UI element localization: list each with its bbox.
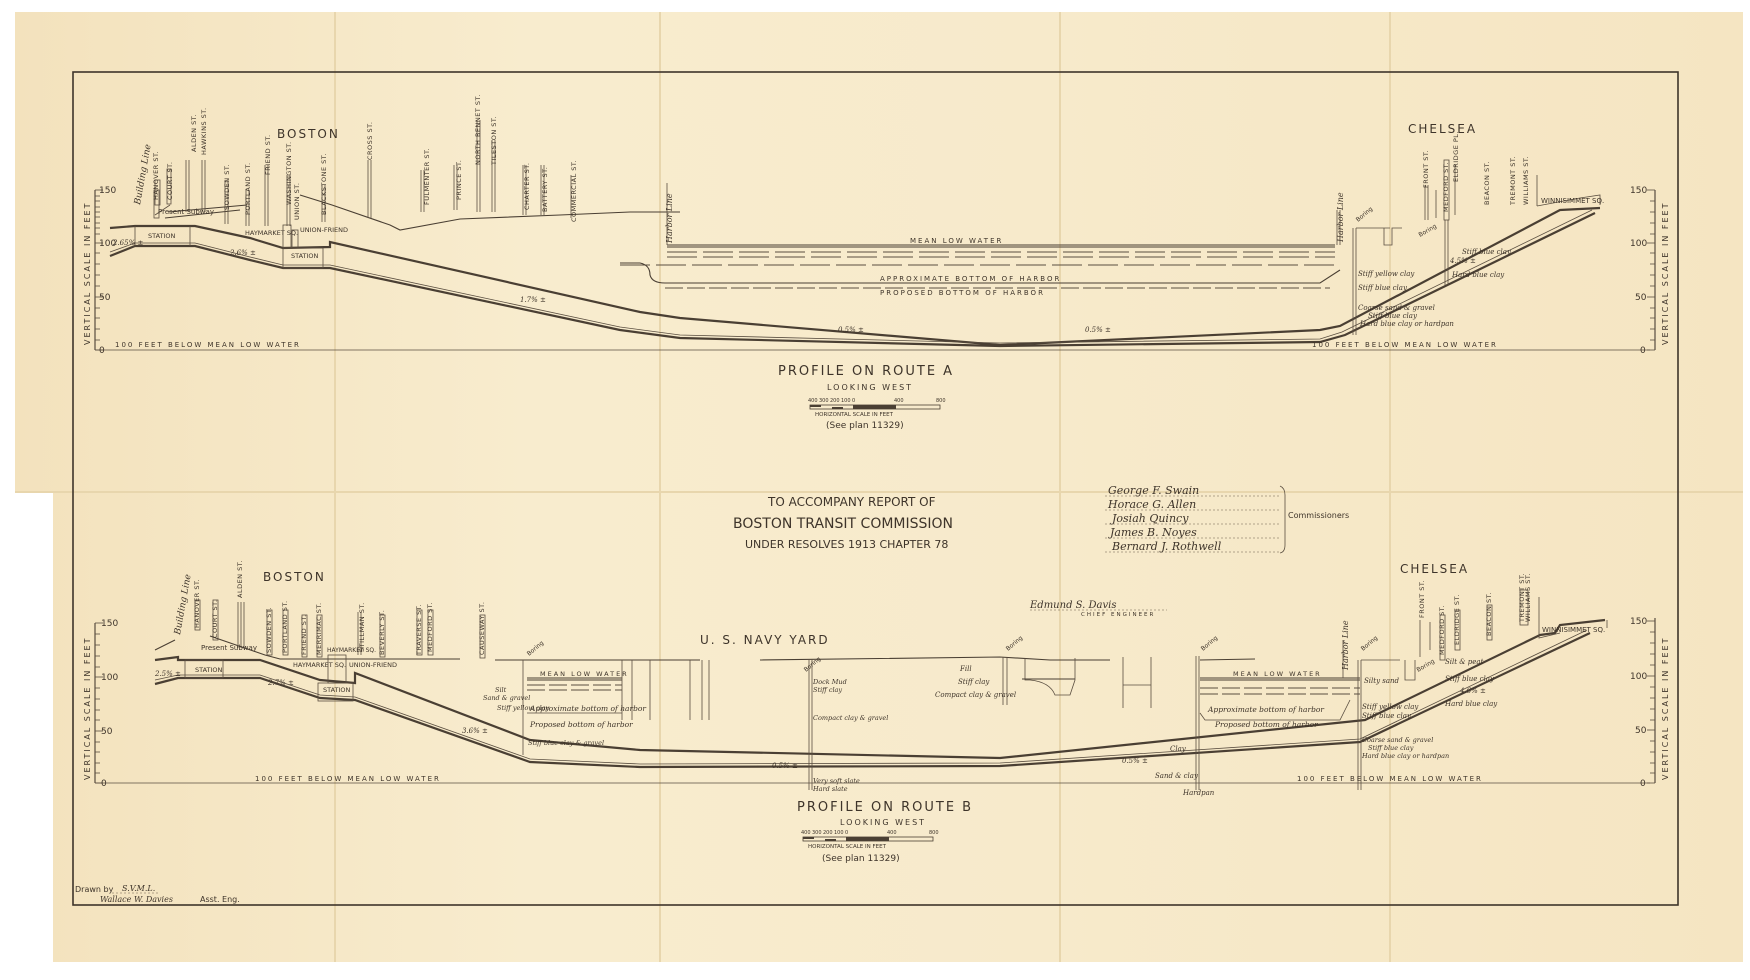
- svg-text:Stiff clay: Stiff clay: [958, 678, 990, 686]
- profile-b-title: PROFILE ON ROUTE B: [797, 800, 973, 815]
- proposed-bottom-label: PROPOSED BOTTOM OF HARBOR: [880, 289, 1045, 297]
- svg-text:FRIEND ST.: FRIEND ST.: [300, 614, 308, 655]
- svg-text:FRONT ST.: FRONT ST.: [1422, 150, 1430, 188]
- svg-text:Stiff blue clay & gravel: Stiff blue clay & gravel: [528, 739, 604, 747]
- svg-text:VERTICAL SCALE IN FEET: VERTICAL SCALE IN FEET: [1661, 637, 1670, 780]
- svg-text:COURT ST.: COURT ST.: [211, 600, 219, 638]
- svg-text:MEAN LOW WATER: MEAN LOW WATER: [540, 670, 629, 678]
- navy-yard-label: U. S. NAVY YARD: [700, 633, 830, 647]
- svg-text:FRIEND ST.: FRIEND ST.: [264, 134, 272, 175]
- tick-150: 150: [99, 186, 116, 196]
- svg-text:Stiff clay: Stiff clay: [813, 686, 842, 694]
- svg-text:1.7% ±: 1.7% ±: [520, 296, 546, 304]
- svg-text:200: 200: [823, 830, 833, 836]
- svg-text:FRONT ST.: FRONT ST.: [1418, 580, 1426, 618]
- station-label-1: STATION: [148, 232, 176, 240]
- svg-text:MERRIMAC ST.: MERRIMAC ST.: [315, 602, 323, 655]
- svg-text:Silt & peat: Silt & peat: [1445, 658, 1484, 666]
- svg-text:Hard slate: Hard slate: [812, 785, 848, 793]
- svg-text:FULMENTER ST.: FULMENTER ST.: [423, 148, 431, 205]
- svg-text:Dock Mud: Dock Mud: [812, 678, 847, 686]
- title-line-3: UNDER RESOLVES 1913 CHAPTER 78: [745, 538, 948, 551]
- svg-text:James B. Noyes: James B. Noyes: [1108, 526, 1197, 539]
- svg-text:HAYMARKET SQ.: HAYMARKET SQ.: [293, 661, 346, 669]
- svg-text:Hard blue clay: Hard blue clay: [1444, 700, 1498, 708]
- svg-text:800: 800: [929, 830, 939, 836]
- transit-profile-sheet: 150 100 50 0 VERTICAL SCALE IN FEET 150 …: [0, 0, 1750, 980]
- svg-text:200: 200: [830, 398, 840, 404]
- approx-bottom-label: APPROXIMATE BOTTOM OF HARBOR: [880, 275, 1061, 283]
- svg-text:Stiff yellow clay: Stiff yellow clay: [1362, 703, 1419, 711]
- svg-text:Proposed bottom of harbor: Proposed bottom of harbor: [1214, 720, 1318, 729]
- svg-text:Compact clay & gravel: Compact clay & gravel: [935, 691, 1016, 699]
- svg-text:Stiff blue clay: Stiff blue clay: [1445, 675, 1495, 683]
- svg-text:2.7% ±: 2.7% ±: [267, 679, 294, 687]
- svg-text:WILLIAMS ST.: WILLIAMS ST.: [1522, 156, 1530, 205]
- svg-text:Hard blue clay or hardpan: Hard blue clay or hardpan: [1361, 752, 1449, 760]
- svg-text:Present Subway: Present Subway: [201, 644, 257, 652]
- svg-text:2.65% ±: 2.65% ±: [112, 239, 143, 247]
- svg-text:Harbor Line: Harbor Line: [665, 193, 674, 244]
- title-line-1: TO ACCOMPANY REPORT OF: [767, 495, 936, 509]
- svg-text:0: 0: [101, 779, 107, 789]
- svg-text:Wallace W. Davies: Wallace W. Davies: [100, 895, 173, 904]
- svg-text:Stiff blue clay: Stiff blue clay: [1362, 712, 1412, 720]
- svg-text:100: 100: [834, 830, 844, 836]
- svg-text:UNION-FRIEND: UNION-FRIEND: [349, 661, 397, 669]
- svg-text:0: 0: [1640, 779, 1646, 789]
- city-label-chelsea-b: CHELSEA: [1400, 562, 1469, 576]
- svg-text:PORTLAND ST.: PORTLAND ST.: [281, 600, 289, 653]
- svg-text:Stiff blue clay: Stiff blue clay: [1358, 284, 1408, 292]
- vertical-axis-label-right: VERTICAL SCALE IN FEET: [1661, 202, 1670, 345]
- svg-text:CROSS ST.: CROSS ST.: [366, 122, 374, 160]
- svg-text:Approximate bottom of harbor: Approximate bottom of harbor: [1207, 705, 1324, 714]
- svg-text:COURT ST.: COURT ST.: [166, 162, 174, 200]
- svg-text:WINNISIMMET SQ.: WINNISIMMET SQ.: [1542, 626, 1605, 634]
- svg-text:150: 150: [1630, 617, 1647, 627]
- tick-50-right: 50: [1635, 293, 1647, 303]
- svg-text:3.6% ±: 3.6% ±: [462, 727, 488, 735]
- city-label-boston-b: BOSTON: [263, 570, 326, 584]
- svg-text:LOOKING WEST: LOOKING WEST: [840, 818, 926, 827]
- svg-text:CHIEF ENGINEER: CHIEF ENGINEER: [1081, 612, 1155, 618]
- svg-text:Hard blue clay or hardpan: Hard blue clay or hardpan: [1359, 320, 1454, 328]
- svg-text:100: 100: [1630, 672, 1647, 682]
- svg-text:ALDEN ST.: ALDEN ST.: [236, 560, 244, 598]
- svg-text:HANOVER ST.: HANOVER ST.: [152, 151, 160, 200]
- svg-text:BEACON ST.: BEACON ST.: [1483, 161, 1491, 205]
- svg-text:MEAN LOW WATER: MEAN LOW WATER: [1233, 670, 1322, 678]
- svg-text:ELDRIDGE ST.: ELDRIDGE ST.: [1453, 594, 1461, 645]
- svg-text:STILLMAN ST.: STILLMAN ST.: [358, 602, 366, 652]
- svg-text:150: 150: [101, 619, 118, 629]
- svg-text:0: 0: [845, 830, 848, 836]
- svg-text:CHARTER ST.: CHARTER ST.: [523, 163, 531, 210]
- tick-0: 0: [99, 346, 105, 356]
- svg-text:Clay: Clay: [1170, 745, 1187, 753]
- svg-text:BLACKSTONE ST.: BLACKSTONE ST.: [320, 153, 328, 215]
- svg-text:SOWDEN ST.: SOWDEN ST.: [223, 164, 231, 210]
- svg-text:0: 0: [852, 398, 855, 404]
- svg-text:0.5% ±: 0.5% ±: [1085, 326, 1111, 334]
- datum-label-right: 100 FEET BELOW MEAN LOW WATER: [1312, 341, 1498, 349]
- svg-text:HORIZONTAL SCALE IN FEET: HORIZONTAL SCALE IN FEET: [815, 412, 894, 418]
- svg-text:2.6% ±: 2.6% ±: [229, 249, 256, 257]
- svg-text:George F. Swain: George F. Swain: [1108, 484, 1199, 497]
- svg-text:Edmund S. Davis: Edmund S. Davis: [1029, 600, 1116, 611]
- svg-text:MEDFORD ST.: MEDFORD ST.: [1438, 605, 1446, 655]
- svg-text:Stiff yellow clay: Stiff yellow clay: [497, 704, 550, 712]
- svg-text:TREMONT ST.: TREMONT ST.: [1509, 156, 1517, 206]
- svg-text:Josiah Quincy: Josiah Quincy: [1110, 512, 1189, 525]
- see-plan-b: (See plan 11329): [822, 854, 900, 864]
- see-plan-a: (See plan 11329): [826, 421, 904, 431]
- svg-text:PRINCE ST.: PRINCE ST.: [455, 160, 463, 200]
- svg-text:HORIZONTAL SCALE IN FEET: HORIZONTAL SCALE IN FEET: [808, 844, 887, 850]
- svg-text:S.V.M.L.: S.V.M.L.: [122, 884, 155, 893]
- svg-text:Horace G. Allen: Horace G. Allen: [1107, 498, 1196, 511]
- svg-text:4.5% ±: 4.5% ±: [1449, 257, 1476, 265]
- svg-text:Fill: Fill: [959, 665, 972, 673]
- svg-text:HANOVER ST.: HANOVER ST.: [193, 579, 201, 628]
- union-friend-label: UNION-FRIEND: [300, 226, 348, 234]
- svg-text:50: 50: [101, 727, 113, 737]
- svg-text:Very soft slate: Very soft slate: [813, 777, 860, 785]
- svg-text:Hard blue clay: Hard blue clay: [1451, 271, 1505, 279]
- svg-text:Stiff blue clay: Stiff blue clay: [1462, 248, 1512, 256]
- svg-text:Sand & gravel: Sand & gravel: [483, 694, 530, 702]
- tick-0-right: 0: [1640, 346, 1646, 356]
- svg-text:TRAVERSE ST.: TRAVERSE ST.: [415, 604, 423, 656]
- svg-text:CAUSEWAY ST.: CAUSEWAY ST.: [478, 602, 486, 655]
- svg-text:Coarse sand & gravel: Coarse sand & gravel: [1362, 736, 1433, 744]
- svg-text:HAYMARKET SQ.: HAYMARKET SQ.: [327, 647, 376, 654]
- svg-text:Compact clay & gravel: Compact clay & gravel: [813, 714, 888, 722]
- svg-text:Asst. Eng.: Asst. Eng.: [200, 895, 240, 904]
- svg-text:ALDEN ST.: ALDEN ST.: [190, 114, 198, 152]
- svg-text:400: 400: [801, 830, 811, 836]
- svg-text:WASHINGTON ST.: WASHINGTON ST.: [285, 141, 293, 205]
- svg-text:BATTERY ST.: BATTERY ST.: [541, 167, 549, 212]
- svg-text:STATION: STATION: [195, 666, 223, 674]
- svg-text:Hardpan: Hardpan: [1182, 789, 1215, 797]
- station-label-2: STATION: [291, 252, 319, 260]
- svg-text:4.6% ±: 4.6% ±: [1459, 687, 1486, 695]
- svg-text:0.5% ±: 0.5% ±: [1122, 757, 1148, 765]
- datum-label-left: 100 FEET BELOW MEAN LOW WATER: [115, 341, 301, 349]
- commissioners-label: Commissioners: [1288, 511, 1349, 520]
- svg-text:UNION ST.: UNION ST.: [293, 183, 301, 220]
- svg-text:TILESTON ST.: TILESTON ST.: [490, 116, 498, 166]
- svg-text:50: 50: [1635, 726, 1647, 736]
- svg-text:BEACON ST.: BEACON ST.: [1485, 592, 1493, 636]
- svg-text:HAWKINS ST.: HAWKINS ST.: [200, 107, 208, 155]
- tick-150-right: 150: [1630, 186, 1647, 196]
- svg-text:PORTLAND ST.: PORTLAND ST.: [244, 162, 252, 215]
- present-subway-label: Present Subway: [158, 208, 214, 216]
- svg-text:100 FEET BELOW MEAN LOW WATER: 100 FEET BELOW MEAN LOW WATER: [255, 775, 441, 783]
- vertical-axis-label-left: VERTICAL SCALE IN FEET: [83, 202, 92, 345]
- svg-text:Silt: Silt: [495, 686, 507, 694]
- city-label-chelsea: CHELSEA: [1408, 122, 1477, 136]
- mean-low-water-label: MEAN LOW WATER: [910, 237, 1003, 245]
- profile-a-title: PROFILE ON ROUTE A: [778, 364, 954, 379]
- svg-text:100: 100: [841, 398, 851, 404]
- svg-text:MEDFORD ST.: MEDFORD ST.: [1442, 162, 1450, 212]
- tick-100-right: 100: [1630, 239, 1647, 249]
- svg-text:300: 300: [812, 830, 822, 836]
- svg-text:Proposed bottom of harbor: Proposed bottom of harbor: [529, 720, 633, 729]
- svg-text:400: 400: [894, 398, 904, 404]
- svg-text:0.5% ±: 0.5% ±: [772, 762, 798, 770]
- svg-text:Drawn by: Drawn by: [75, 885, 114, 894]
- svg-text:100: 100: [101, 673, 118, 683]
- profile-a-subtitle: LOOKING WEST: [827, 383, 913, 392]
- svg-text:800: 800: [936, 398, 946, 404]
- svg-text:400: 400: [887, 830, 897, 836]
- svg-text:300: 300: [819, 398, 829, 404]
- svg-text:Sand & clay: Sand & clay: [1155, 772, 1199, 780]
- svg-text:Stiff blue clay: Stiff blue clay: [1368, 312, 1418, 320]
- svg-text:400: 400: [808, 398, 818, 404]
- svg-text:SOWDEN ST.: SOWDEN ST.: [265, 607, 273, 653]
- svg-text:BEVERLY ST.: BEVERLY ST.: [378, 610, 386, 655]
- svg-text:COMMERCIAL ST.: COMMERCIAL ST.: [570, 160, 578, 222]
- svg-text:Harbor Line: Harbor Line: [1341, 620, 1350, 671]
- svg-text:Coarse sand & gravel: Coarse sand & gravel: [1358, 304, 1435, 312]
- svg-text:ELDRIDGE PL.: ELDRIDGE PL.: [1452, 131, 1460, 182]
- svg-text:Stiff yellow clay: Stiff yellow clay: [1358, 270, 1415, 278]
- tick-50: 50: [99, 293, 111, 303]
- svg-text:VERTICAL SCALE IN FEET: VERTICAL SCALE IN FEET: [83, 637, 92, 780]
- svg-text:STATION: STATION: [323, 686, 351, 694]
- svg-text:Bernard J. Rothwell: Bernard J. Rothwell: [1111, 540, 1222, 553]
- svg-text:Silty sand: Silty sand: [1364, 677, 1400, 685]
- svg-text:MEDFORD ST.: MEDFORD ST.: [426, 602, 434, 652]
- svg-text:100 FEET BELOW MEAN LOW WATER: 100 FEET BELOW MEAN LOW WATER: [1297, 775, 1483, 783]
- svg-text:NORTH BENNET ST.: NORTH BENNET ST.: [474, 94, 482, 165]
- svg-text:0.5% ±: 0.5% ±: [838, 326, 864, 334]
- svg-text:2.5% ±: 2.5% ±: [154, 670, 181, 678]
- winnisimmet-label: WINNISIMMET SQ.: [1541, 197, 1604, 205]
- city-label-boston: BOSTON: [277, 127, 340, 141]
- svg-text:WILLIAMS ST.: WILLIAMS ST.: [1524, 573, 1532, 622]
- svg-text:Stiff blue clay: Stiff blue clay: [1368, 744, 1414, 752]
- title-line-2: BOSTON TRANSIT COMMISSION: [733, 516, 953, 532]
- haymarket-label: HAYMARKET SQ.: [245, 229, 298, 237]
